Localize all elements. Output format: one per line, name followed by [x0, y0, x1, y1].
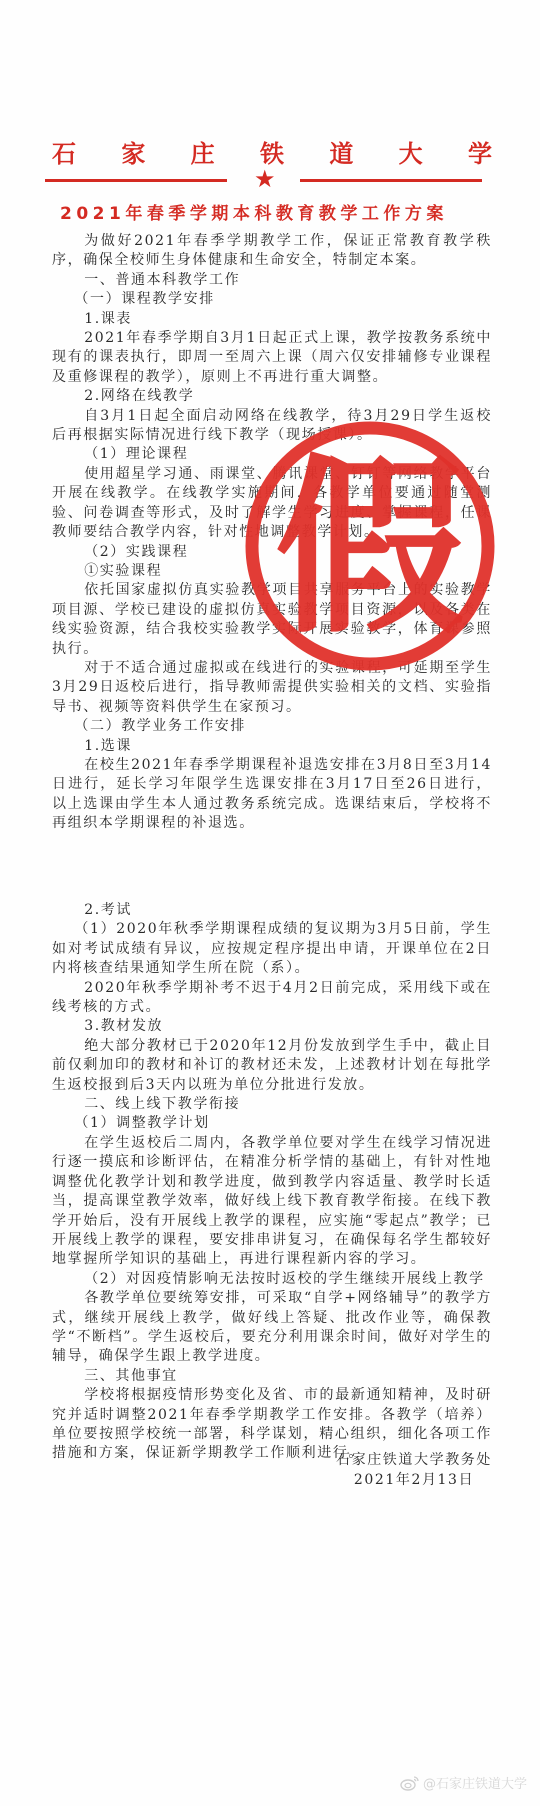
institution-char: 学: [468, 136, 492, 172]
signature-block: 石家庄铁道大学教务处 2021年2月13日: [336, 1450, 492, 1490]
section-heading: （1）理论课程: [52, 445, 492, 464]
section-heading: 2.考试: [52, 901, 492, 920]
institution-char: 石: [52, 136, 76, 172]
section-heading: （2）对因疫情影响无法按时返校的学生继续开展线上教学: [52, 1270, 492, 1289]
section-heading: 三、其他事宜: [52, 1367, 492, 1386]
document-title: 2021年春季学期本科教育教学工作方案: [60, 200, 480, 228]
section-heading: （1）调整教学计划: [52, 1114, 492, 1133]
paragraph: 在校生2021年春季学期课程补退选安排在3月8日至3月14日进行，延长学习年限学…: [52, 756, 492, 834]
issuing-office: 石家庄铁道大学教务处: [336, 1450, 492, 1470]
body-section-2: 2.考试（1）2020年秋季学期课程成绩的复议期为3月5日前，学生如对考试成绩有…: [52, 901, 492, 1464]
paragraph: 2021年春季学期自3月1日起正式上课，教学按教务系统中现有的课表执行，即周一至…: [52, 329, 492, 387]
document-page: 石 家 庄 铁 道 大 学 ★ 2021年春季学期本科教育教学工作方案 为做好2…: [0, 0, 540, 1806]
section-heading: 一、普通本科教学工作: [52, 271, 492, 290]
paragraph: 2020年秋季学期补考不迟于4月2日前完成，采用线下或在线考核的方式。: [52, 979, 492, 1018]
institution-char: 庄: [191, 136, 215, 172]
section-heading: 1.课表: [52, 310, 492, 329]
paragraph: 各教学单位要统筹安排，可采取“自学+网络辅导”的教学方式，继续开展线上教学，做好…: [52, 1289, 492, 1367]
section-heading: 1.选课: [52, 737, 492, 756]
institution-char: 家: [121, 136, 145, 172]
paragraph: 使用超星学习通、雨课堂、腾讯课堂、钉钉等网络教学平台开展在线教学。在线教学实施期…: [52, 465, 492, 543]
section-heading: （二）教学业务工作安排: [52, 717, 492, 736]
paragraph: 为做好2021年春季学期教学工作，保证正常教育教学秩序，确保全校师生身体健康和生…: [52, 232, 492, 271]
institution-char: 大: [399, 136, 423, 172]
section-heading: （2）实践课程: [52, 543, 492, 562]
section-heading: 3.教材发放: [52, 1017, 492, 1036]
star-icon: ★: [254, 166, 276, 192]
body-section-1: 为做好2021年春季学期教学工作，保证正常教育教学秩序，确保全校师生身体健康和生…: [52, 232, 492, 834]
institution-char: 道: [329, 136, 353, 172]
section-heading: （一）课程教学安排: [52, 290, 492, 309]
section-heading: ①实验课程: [52, 562, 492, 581]
issue-date: 2021年2月13日: [336, 1470, 492, 1490]
watermark: @石家庄铁道大学: [400, 1773, 527, 1792]
paragraph: 对于不适合通过虚拟或在线进行的实验课程，可延期至学生3月29日返校后进行，指导教…: [52, 659, 492, 717]
paragraph: （1）2020年秋季学期课程成绩的复议期为3月5日前，学生如对考试成绩有异议，应…: [52, 920, 492, 978]
section-heading: 二、线上线下教学衔接: [52, 1095, 492, 1114]
paragraph: 在学生返校后二周内，各教学单位要对学生在线学习情况进行逐一摸底和诊断评估，在精准…: [52, 1134, 492, 1270]
weibo-icon: [400, 1775, 420, 1791]
header-divider-right: [300, 179, 482, 182]
header-divider-left: [45, 179, 227, 182]
paragraph: 自3月1日起全面启动网络在线教学，待3月29日学生返校后再根据实际情况进行线下教…: [52, 407, 492, 446]
paragraph: 绝大部分教材已于2020年12月份发放到学生手中，截止目前仅剩加印的教材和补订的…: [52, 1037, 492, 1095]
section-heading: 2.网络在线教学: [52, 387, 492, 406]
watermark-text: @石家庄铁道大学: [423, 1773, 527, 1792]
paragraph: 依托国家虚拟仿真实验教学项目共享服务平台上的实验教学项目源、学校已建设的虚拟仿真…: [52, 581, 492, 659]
